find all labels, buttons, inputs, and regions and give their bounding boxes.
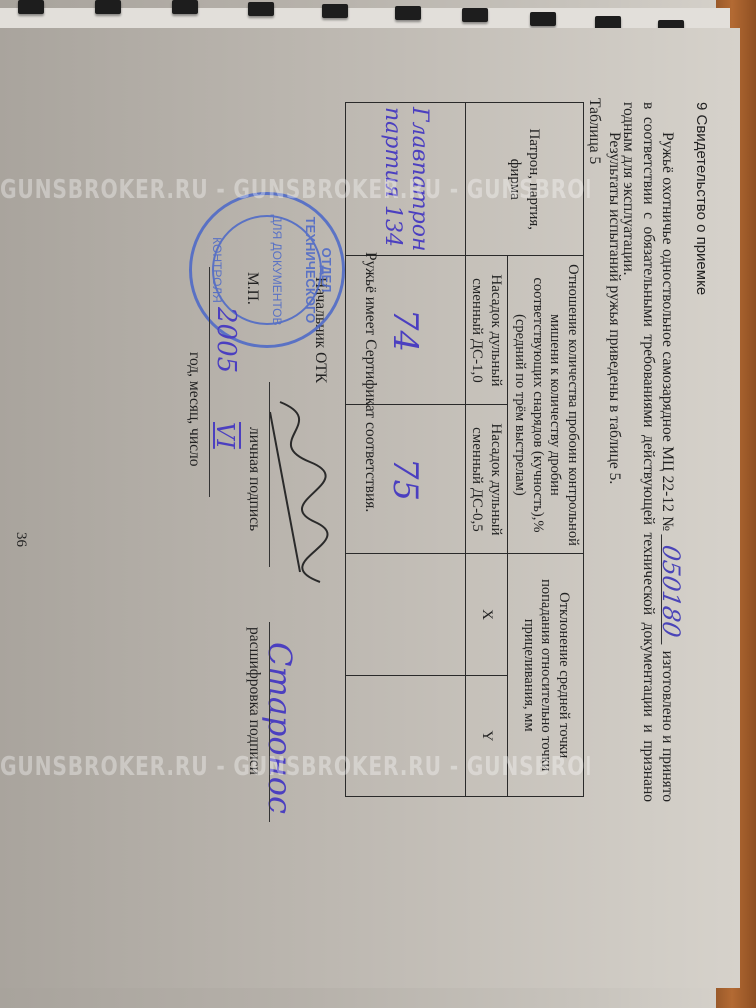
date-month-handwritten: VI	[210, 422, 240, 449]
signature-line	[269, 382, 270, 567]
stamp-place-label: М.П.	[243, 272, 262, 305]
section-title: 9 Свидетельство о приемке	[691, 102, 710, 295]
watermark-bottom: GUNSBROKER.RU - GUNSBROKER.RU - GUNSBROK…	[0, 752, 590, 782]
header-ratio: Отношение количества пробоин контрольной…	[508, 256, 584, 554]
stamp-text-mid: ДЛЯ ДОКУМЕНТОВ	[269, 195, 284, 345]
certificate-statement: Ружьё имеет Сертификат соответствия.	[361, 252, 380, 512]
header-ds05: Насадок дульный сменный ДС-0,5	[465, 405, 508, 554]
signature-decode-handwritten: Старонос	[260, 642, 300, 814]
personal-signature-label: личная подпись	[245, 427, 264, 531]
date-label: год, месяц, число	[185, 352, 204, 467]
watermark-top: GUNSBROKER.RU - GUNSBROKER.RU - GUNSBROK…	[0, 175, 590, 205]
date-line	[209, 267, 210, 497]
paragraph-start: Ружьё охотничье одноствольное самозарядн…	[659, 132, 676, 532]
acceptance-paragraph: Ружьё охотничье одноствольное самозарядн…	[619, 102, 680, 802]
serial-number-handwritten: 050180	[661, 535, 680, 648]
header-ds10: Насадок дульный сменный ДС-1,0	[465, 256, 508, 405]
test-results-table: Патрон, партия, фирма Отношение количест…	[345, 102, 584, 797]
results-sentence: Результаты испытаний ружья приведены в т…	[605, 132, 624, 484]
date-year-handwritten: 2005	[210, 307, 243, 373]
stamp-text-top: ОТДЕЛ ТЕХНИЧЕСКОГО	[302, 195, 335, 345]
signature-decode-line	[269, 622, 270, 822]
cell-x-value	[345, 554, 465, 675]
page-number: 36	[11, 532, 30, 547]
table-label: Таблица 5	[585, 98, 604, 164]
document-page: 9 Свидетельство о приемке Ружьё охотничь…	[0, 28, 740, 988]
header-x: X	[465, 554, 508, 675]
